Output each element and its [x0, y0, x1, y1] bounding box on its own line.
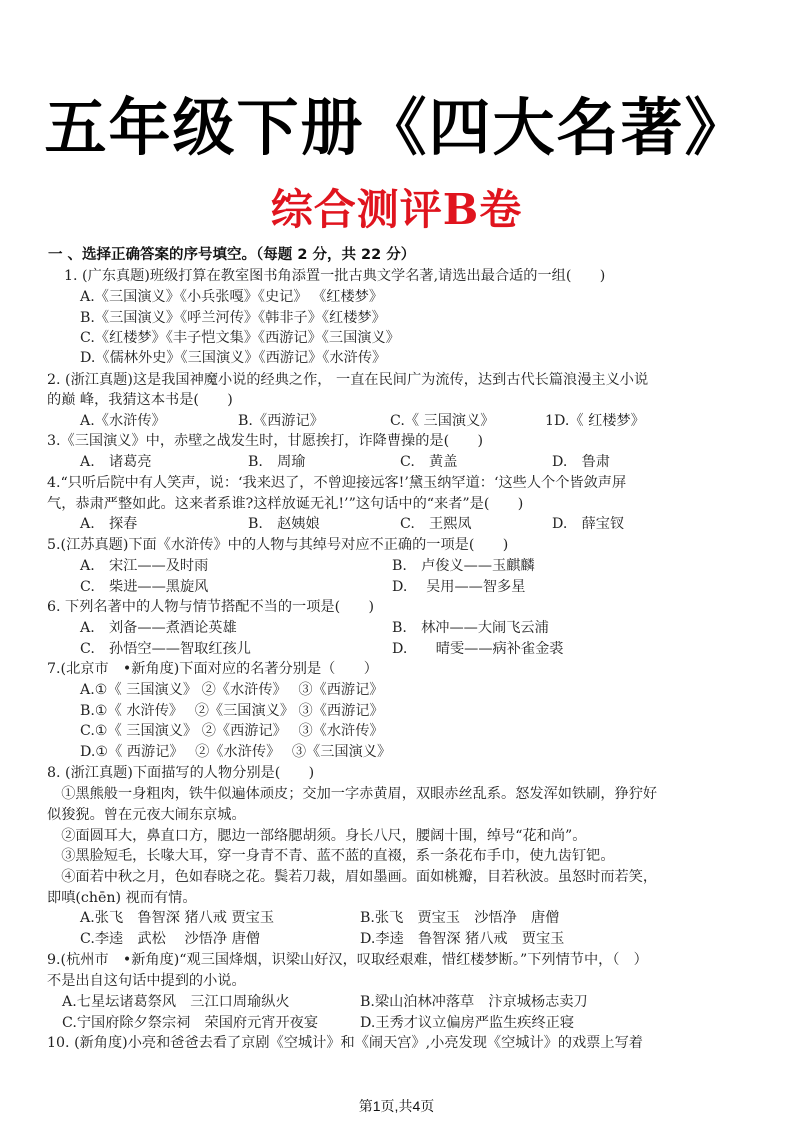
question-4-option-d: D. 薛宝钗 — [552, 514, 624, 534]
question-5-text: 5.(江苏真题)下面《水浒传》中的人物与其绰号对应不正确的一项是( ) — [47, 535, 508, 555]
question-8-option-a: A.张飞 鲁智深 猪八戒 贾宝玉 — [80, 908, 274, 928]
question-8-option-b: B.张飞 贾宝玉 沙悟净 唐僧 — [360, 908, 559, 928]
question-4-option-b: B. 赵姨娘 — [248, 514, 320, 534]
question-6-option-b: B. 林冲——大闹飞云浦 — [392, 618, 549, 638]
question-7-option-d: D.①《 西游记》 ②《水浒传》 ③《三国演义》 — [80, 742, 391, 762]
question-6-option-d: D. 晴雯——病补雀金裘 — [392, 639, 563, 659]
section-heading: 一 、选择正确答案的序号填空。（每题 2 分，共 22 分） — [48, 245, 415, 265]
question-8-option-c: C.李逵 武松 沙悟净 唐僧 — [80, 929, 260, 949]
question-10-text: 10. (新角度)小亮和爸爸去看了京剧《空城计》和《闹天宫》,小亮发现《空城计》… — [47, 1033, 643, 1053]
question-3-option-a: A. 诸葛亮 — [80, 452, 152, 472]
question-9-option-d: D.王秀才议立偏房严监生疾终正寝 — [360, 1013, 574, 1033]
question-1-text: 1. (广东真题)班级打算在教室图书角添置一批古典文学名著,请选出最合适的一组(… — [64, 266, 605, 286]
question-1-option-b: B.《三国演义》《呼兰河传》《韩非子》《红楼梦》 — [80, 308, 386, 328]
question-9-text-line2: 不是出自这句话中提到的小说。 — [47, 971, 246, 991]
question-2-text-line1: 2. (浙江真题)这是我国神魔小说的经典之作， 一直在民间广为流传，达到古代长篇… — [47, 370, 648, 390]
question-8-passage-4: ④面若中秋之月，色如春晓之花。鬓若刀裁，眉如墨画。面如桃瓣，目若秋波。虽怒时而若… — [47, 867, 657, 887]
question-7-option-b: B.①《 水浒传》 ②《三国演义》 ③《西游记》 — [80, 701, 384, 721]
question-1-option-c: C.《红楼梦》《丰子恺文集》《西游记》《三国演义》 — [80, 328, 400, 348]
question-2-option-b: B.《西游记》 — [238, 411, 324, 431]
question-4-text-line1: 4.“只听后院中有人笑声，说：‘我来迟了，不曾迎接远客!’黛玉纳罕道：‘这些人个… — [47, 473, 626, 493]
question-3-option-c: C. 黄盖 — [400, 452, 457, 472]
question-9-option-b: B.梁山泊林冲落草 汴京城杨志卖刀 — [360, 992, 588, 1012]
question-8-option-d: D.李逵 鲁智深 猪八戒 贾宝玉 — [360, 929, 564, 949]
question-5-option-c: C. 柴进——黑旋风 — [80, 577, 208, 597]
question-3-text: 3.《三国演义》中，赤壁之战发生时，甘愿挨打，诈降曹操的是( ) — [47, 431, 483, 451]
question-1-option-a: A.《三国演义》《小兵张嘎》《史记》 《红楼梦》 — [80, 287, 383, 307]
question-2-option-d: 1D.《 红楼梦》 — [545, 411, 645, 431]
question-5-option-a: A. 宋江——及时雨 — [80, 556, 208, 576]
page-title: 五年级下册《四大名著》 — [0, 92, 793, 164]
question-8-passage-2: ②面圆耳大，鼻直口方，腮边一部络腮胡须。身长八尺，腰阔十围，绰号“花和尚”。 — [47, 826, 586, 846]
question-4-option-c: C. 王熙凤 — [400, 514, 472, 534]
question-2-text-line2: 的巅 峰，我猜这本书是( ) — [47, 390, 233, 410]
question-3-option-d: D. 鲁肃 — [552, 452, 610, 472]
question-8-passage-3: ③黑脸短毛，长喙大耳，穿一身青不青、蓝不蓝的直裰，系一条花布手巾，使九齿钉钯。 — [47, 846, 615, 866]
question-8-passage-1-cont: 似狻猊。曾在元夜大闹东京城。 — [47, 805, 246, 825]
question-2-option-c: C.《 三国演义》 — [390, 411, 495, 431]
question-5-option-b: B. 卢俊义——玉麒麟 — [392, 556, 535, 576]
question-8-text: 8. (浙江真题)下面描写的人物分别是( ) — [47, 763, 314, 783]
question-8-passage-1: ①黑熊般一身粗肉，铁牛似遍体顽皮；交加一字赤黄眉，双眼赤丝乱系。怒发浑如铁刷，狰… — [47, 784, 657, 804]
question-8-passage-4-cont: 即嗔(chēn) 视而有情。 — [47, 888, 197, 908]
question-9-option-a: A.七星坛诸葛祭风 三江口周瑜纵火 — [62, 992, 290, 1012]
page-number: 第1页,共4页 — [0, 1096, 793, 1116]
question-7-option-a: A.①《 三国演义》 ②《水浒传》 ③《西游记》 — [80, 680, 383, 700]
question-2-option-a: A.《水浒传》 — [80, 411, 166, 431]
question-5-option-d: D. 吴用——智多星 — [392, 577, 525, 597]
question-6-option-a: A. 刘备——煮酒论英雄 — [80, 618, 237, 638]
question-7-option-c: C.①《 三国演义》 ②《西游记》 ③《水浒传》 — [80, 721, 384, 741]
question-4-text-line2: 气，恭肃严整如此。这来者系谁?这样放诞无礼!’”这句话中的“来者”是( ) — [47, 494, 523, 514]
question-4-option-a: A. 探春 — [80, 514, 137, 534]
question-6-text: 6. 下列名著中的人物与情节搭配不当的一项是( ) — [47, 597, 374, 617]
question-7-text: 7.(北京市 •新角度)下面对应的名著分别是（ ） — [47, 659, 378, 679]
page-subtitle: 综合测评B卷 — [0, 184, 793, 236]
question-1-option-d: D.《儒林外史》《三国演义》《西游记》《水浒传》 — [80, 348, 386, 368]
question-3-option-b: B. 周瑜 — [248, 452, 306, 472]
question-6-option-c: C. 孙悟空——智取红孩儿 — [80, 639, 251, 659]
question-9-option-c: C.宁国府除夕祭宗祠 荣国府元宵开夜宴 — [62, 1013, 318, 1033]
question-9-text-line1: 9.(杭州市 •新角度)“观三国烽烟，识梁山好汉，叹取经艰难，惜红楼梦断。”下列… — [47, 950, 648, 970]
